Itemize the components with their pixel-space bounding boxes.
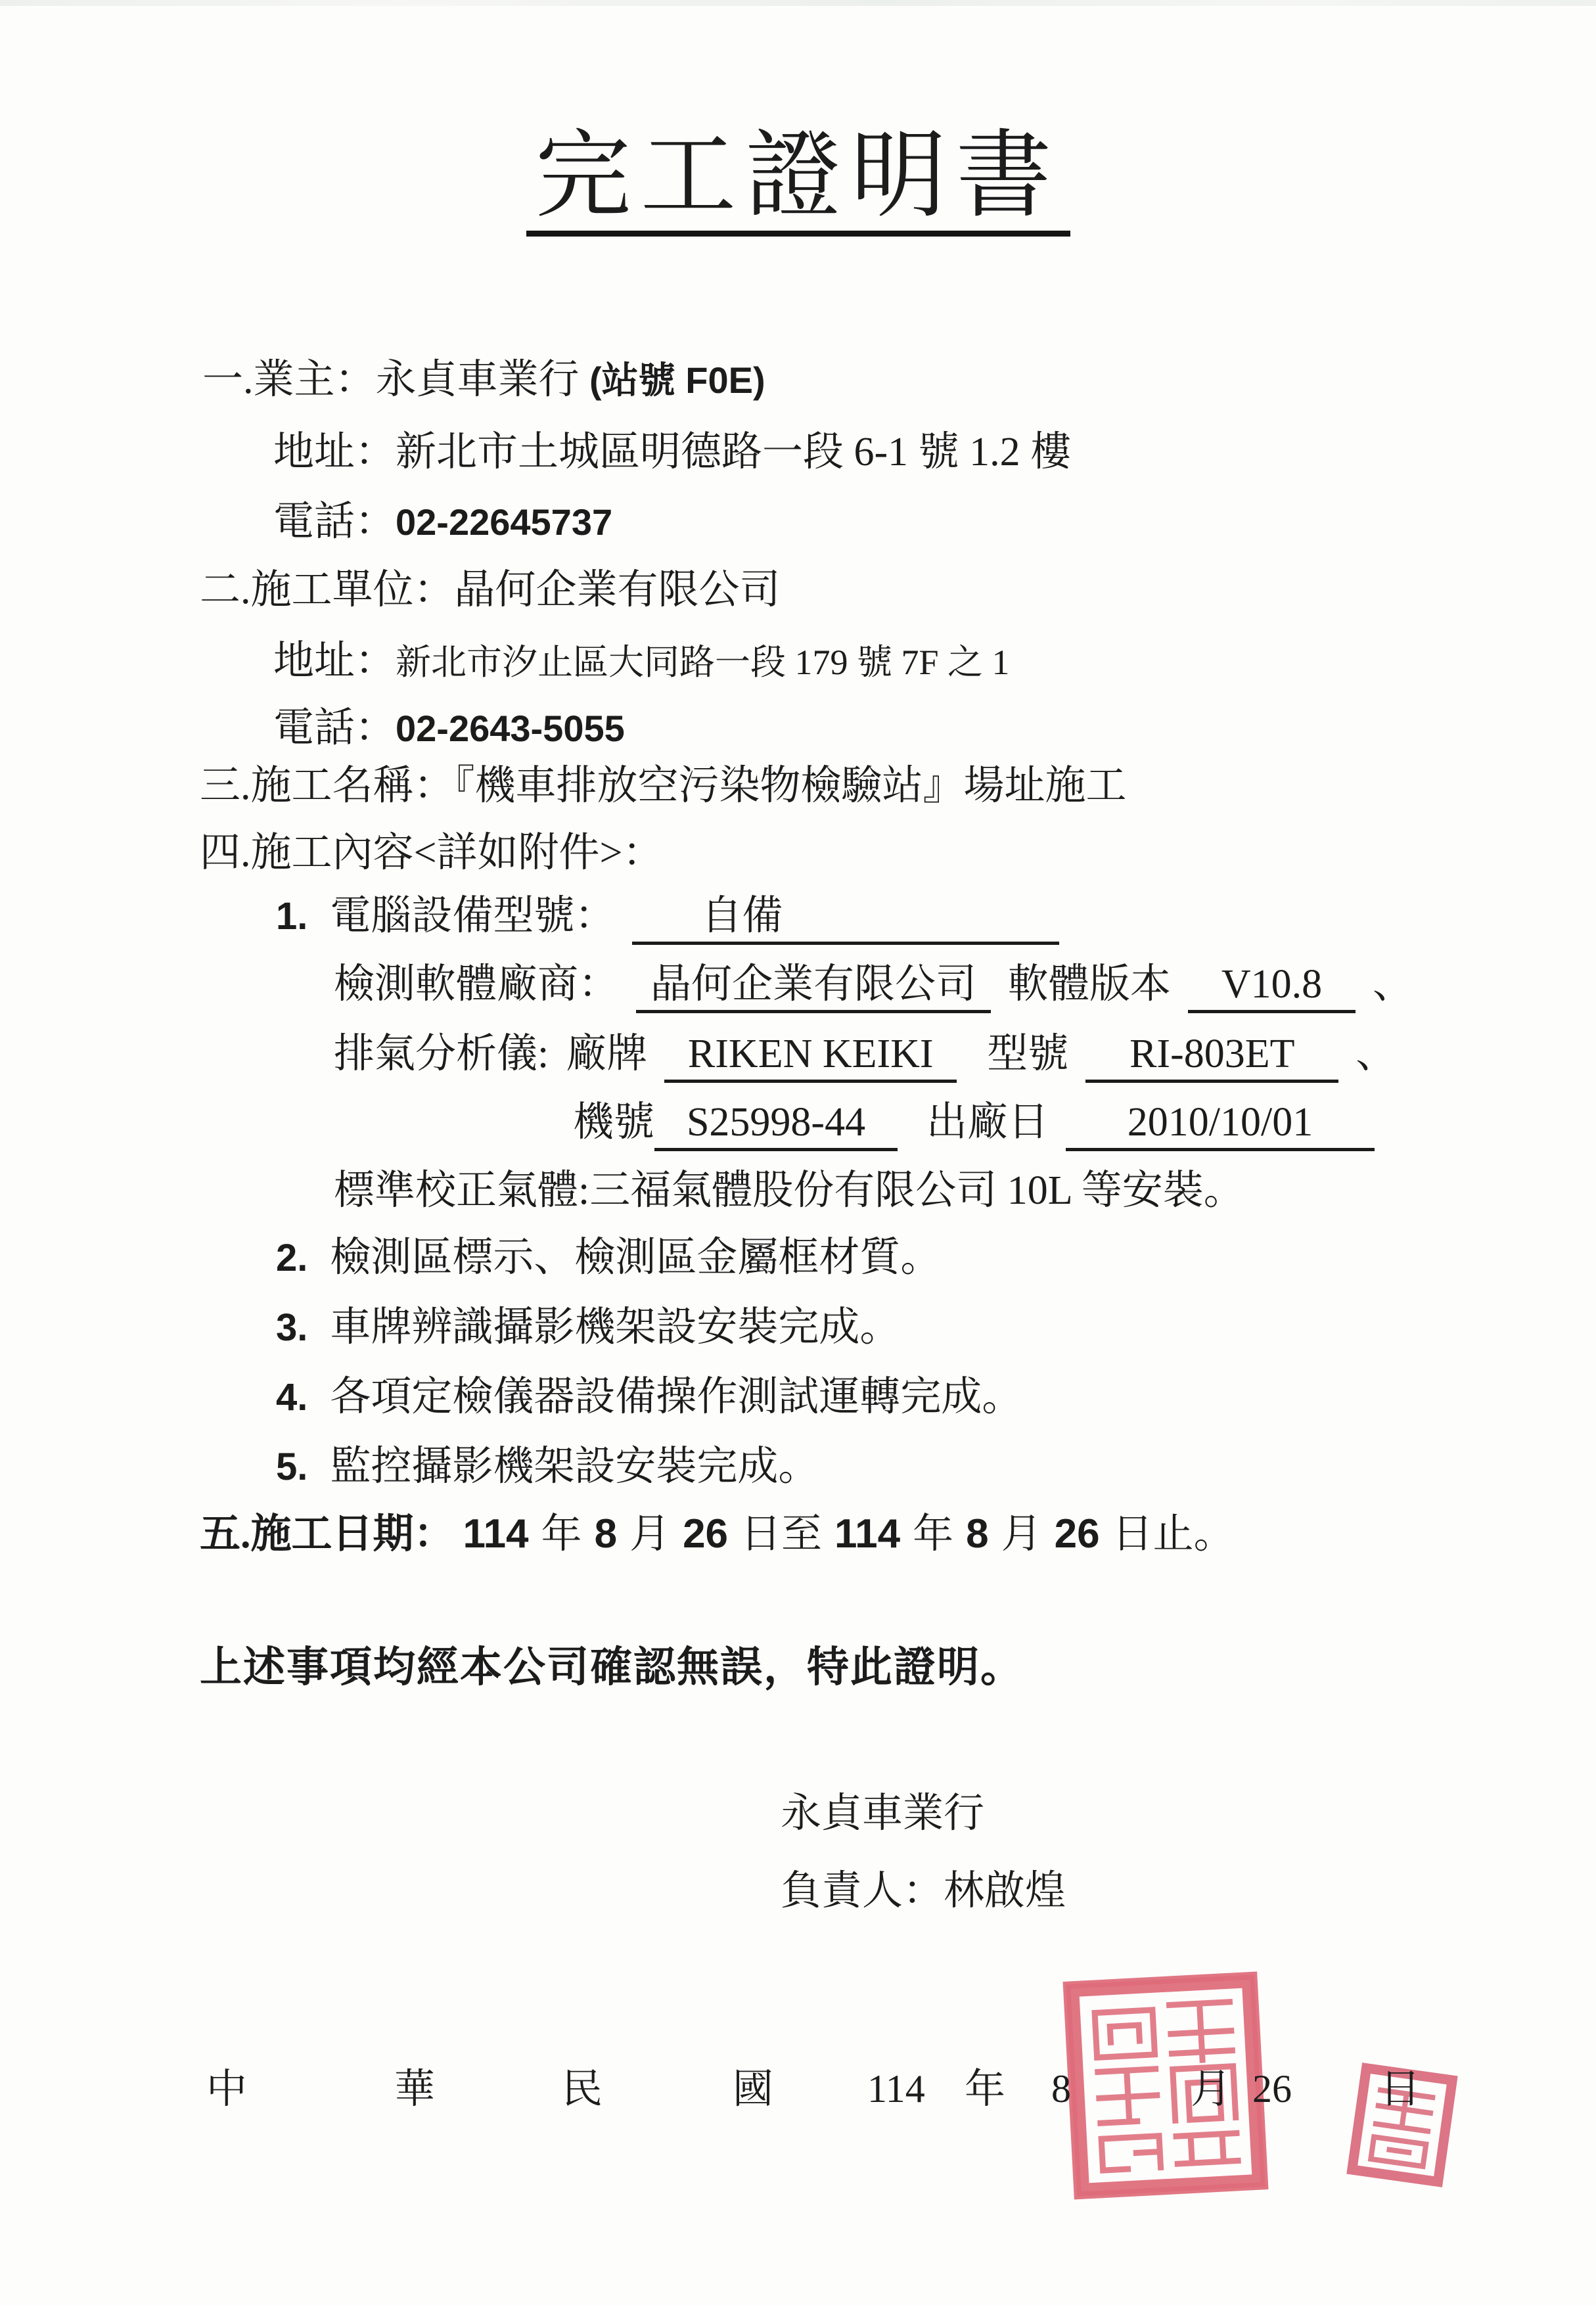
- content-item-2: 2.檢測區標示、檢測區金屬框材質。: [276, 1233, 941, 1284]
- contractor-phone: 02-2643-5055: [396, 708, 625, 749]
- owner-address-label: 地址：: [273, 430, 396, 474]
- contractor-address-label: 地址：: [273, 639, 396, 683]
- serial-blank: S25998-44: [654, 1101, 898, 1151]
- computer-label: 電腦設備型號：: [330, 894, 615, 938]
- duration-line: 五.施工日期：114年8月26日至114年8月26日止。: [200, 1509, 1239, 1561]
- roc-month-value: 8: [1051, 2065, 1071, 2114]
- item1-gas-line: 標準校正氣體:三福氣體股份有限公司 10L 等安裝。: [334, 1166, 1244, 1217]
- rep-name: 林啟煌: [944, 1869, 1066, 1913]
- computer-value-blank: 自備: [632, 895, 1059, 945]
- contractor-phone-label: 電話：: [273, 706, 396, 750]
- signature-company: 永貞車業行: [781, 1789, 984, 1840]
- item2-number: 2.: [276, 1237, 308, 1279]
- duration-label: 五.施工日期：: [200, 1512, 455, 1557]
- brand-label: 廠牌: [566, 1032, 647, 1076]
- confirmation-statement: 上述事項均經本公司確認無誤，特此證明。: [200, 1641, 1024, 1694]
- item1-software-line: 檢測軟體廠商：晶何企業有限公司軟體版本V10.8、: [334, 959, 1413, 1013]
- item3-number: 3.: [276, 1306, 308, 1349]
- duration-end-month: 8: [966, 1511, 988, 1557]
- comma-2: 、: [1356, 1032, 1396, 1076]
- item2-text: 檢測區標示、檢測區金屬框材質。: [330, 1235, 941, 1280]
- rep-label: 負責人：: [781, 1869, 944, 1913]
- contractor-line: 二.施工單位：晶何企業有限公司: [200, 565, 781, 616]
- contractor-address: 新北市汐止區大同路一段 179 號 7F 之 1: [396, 643, 1010, 682]
- project-name: 『機車排放空污染物檢驗站』場址施工: [455, 764, 1127, 808]
- item5-number: 5.: [276, 1446, 308, 1488]
- duration-to-char: 日至: [741, 1512, 822, 1557]
- duration-year-char: 年: [541, 1512, 582, 1557]
- software-label: 檢測軟體廠商：: [334, 962, 619, 1007]
- roc-month-char: 月: [1191, 2065, 1231, 2116]
- duration-start-year: 114: [463, 1511, 529, 1557]
- content-item-5: 5.監控攝影機架設安裝完成。: [276, 1442, 819, 1493]
- roc-day-value: 26: [1252, 2065, 1292, 2114]
- duration-month-char: 月: [629, 1512, 670, 1557]
- contractor-name: 晶何企業有限公司: [455, 568, 781, 612]
- project-label: 三.施工名稱：: [200, 764, 455, 808]
- analyzer-label: 排氣分析儀:: [334, 1032, 549, 1076]
- project-line: 三.施工名稱：『機車排放空污染物檢驗站』場址施工: [200, 761, 1127, 812]
- brand-blank: RIKEN KEIKI: [664, 1033, 957, 1083]
- version-blank: V10.8: [1188, 963, 1356, 1013]
- duration-end-char: 日止。: [1112, 1512, 1235, 1557]
- scan-artifact: [0, 0, 1596, 6]
- duration-start-day: 26: [683, 1511, 728, 1557]
- contractor-label: 二.施工單位：: [200, 568, 455, 612]
- roc-char-min: 民: [562, 2065, 603, 2116]
- owner-address-line: 地址：新北市土城區明德路一段 6-1 號 1.2 樓: [273, 427, 1071, 478]
- item1-computer-line: 1.電腦設備型號：自備: [276, 891, 1059, 945]
- owner-label: 一.業主：: [202, 357, 376, 402]
- duration-end-year: 114: [834, 1511, 900, 1557]
- roc-char-hua: 華: [394, 2065, 435, 2116]
- page-title: 完工證明書: [526, 124, 1070, 237]
- owner-station-code: (站號 F0E): [589, 359, 765, 401]
- comma-1: 、: [1373, 962, 1413, 1007]
- model-blank: RI-803ET: [1085, 1033, 1338, 1083]
- roc-day-char: 日: [1380, 2065, 1421, 2116]
- serial-label: 機號: [573, 1100, 654, 1145]
- duration-year-char-2: 年: [913, 1512, 953, 1557]
- item3-text: 車牌辨識攝影機架設安裝完成。: [330, 1305, 900, 1350]
- roc-date-line: 中 華 民 國 114 年 8 月 26 日: [0, 2065, 1596, 2124]
- item1-number: 1.: [276, 895, 308, 938]
- owner-phone-label: 電話：: [273, 499, 396, 544]
- version-label: 軟體版本: [1008, 962, 1171, 1007]
- signature-rep-line: 負責人：林啟煌: [781, 1866, 1066, 1917]
- item4-number: 4.: [276, 1376, 308, 1419]
- content-item-4: 4.各項定檢儀器設備操作測試運轉完成。: [276, 1372, 1022, 1423]
- mfg-date-blank: 2010/10/01: [1066, 1101, 1375, 1151]
- roc-year-char: 年: [965, 2065, 1005, 2116]
- duration-end-day: 26: [1055, 1511, 1100, 1557]
- content-header-line: 四.施工內容<詳如附件>：: [200, 828, 663, 879]
- item1-analyzer-line: 排氣分析儀:廠牌RIKEN KEIKI型號RI-803ET、: [334, 1029, 1396, 1083]
- contractor-phone-line: 電話：02-2643-5055: [273, 703, 625, 754]
- item5-text: 監控攝影機架設安裝完成。: [330, 1444, 819, 1489]
- roc-char-guo: 國: [733, 2065, 773, 2116]
- certificate-page: 完工證明書 一.業主：永貞車業行 (站號 F0E) 地址：新北市土城區明德路一段…: [0, 0, 1596, 2305]
- mfg-label: 出廠日: [926, 1100, 1049, 1145]
- roc-char-zhong: 中: [206, 2065, 247, 2116]
- owner-phone-line: 電話：02-22645737: [273, 497, 612, 548]
- owner-line: 一.業主：永貞車業行 (站號 F0E): [202, 355, 765, 406]
- roc-year-value: 114: [867, 2065, 925, 2114]
- owner-name: 永貞車業行: [376, 357, 580, 402]
- content-label: 四.施工內容<詳如附件>：: [200, 831, 663, 875]
- software-vendor-blank: 晶何企業有限公司: [636, 963, 991, 1013]
- title-row: 完工證明書: [0, 124, 1596, 237]
- gas-text: 標準校正氣體:三福氣體股份有限公司 10L 等安裝。: [334, 1168, 1244, 1213]
- content-item-3: 3.車牌辨識攝影機架設安裝完成。: [276, 1302, 900, 1354]
- owner-phone: 02-22645737: [396, 501, 612, 543]
- item1-serial-line: 機號S25998-44出廠日2010/10/01: [573, 1097, 1375, 1151]
- contractor-address-line: 地址：新北市汐止區大同路一段 179 號 7F 之 1: [273, 636, 1010, 687]
- model-label: 型號: [987, 1032, 1068, 1076]
- item4-text: 各項定檢儀器設備操作測試運轉完成。: [330, 1375, 1022, 1419]
- owner-address: 新北市土城區明德路一段 6-1 號 1.2 樓: [396, 430, 1071, 474]
- duration-start-month: 8: [595, 1511, 617, 1557]
- duration-month-char-2: 月: [1001, 1512, 1042, 1557]
